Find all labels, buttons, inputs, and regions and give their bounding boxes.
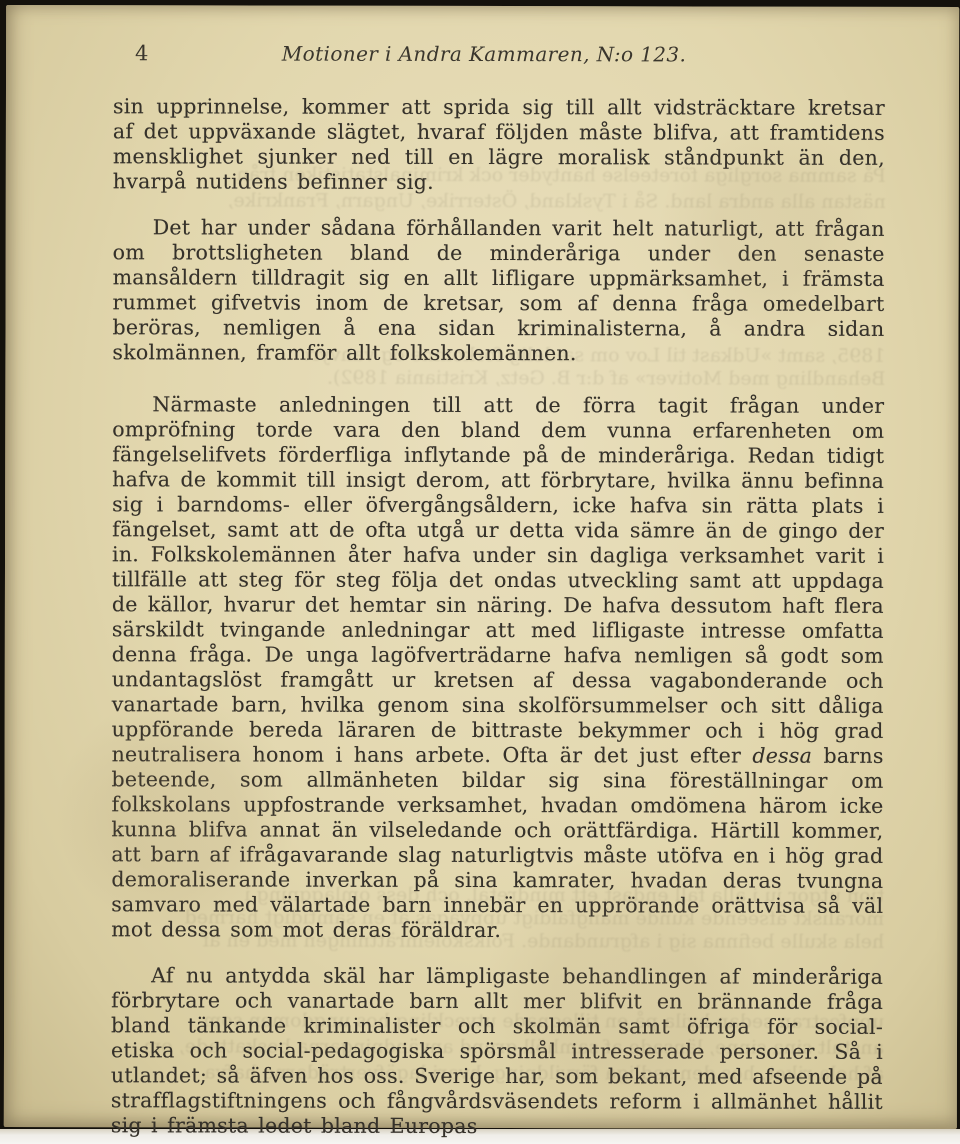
body-copy: sin upprinnelse, kommer att sprida sig t… bbox=[111, 94, 885, 1140]
scanned-page: På samma sorgliga företeelse häntyder oc… bbox=[0, 0, 960, 1144]
paragraph-af-nu-antydda: Af nu antydda skäl har lämpligaste behan… bbox=[111, 963, 883, 1140]
running-header-row: 4 Motioner i Andra Kammaren, N:o 123. bbox=[113, 41, 885, 69]
paragraph-segment: barns beteende, som allmänheten bildar s… bbox=[111, 744, 883, 942]
text-block: 4 Motioner i Andra Kammaren, N:o 123. si… bbox=[111, 5, 885, 1140]
paragraph-segment: Närmaste anledningen till att de förra t… bbox=[112, 392, 885, 767]
paragraph-continuation: sin upprinnelse, kommer att sprida sig t… bbox=[113, 94, 885, 196]
running-header-title: Motioner i Andra Kammaren, N:o 123. bbox=[113, 41, 855, 67]
italic-word-dessa: dessa bbox=[752, 744, 812, 768]
paragraph-narmaste-anledningen: Närmaste anledningen till att de förra t… bbox=[111, 392, 884, 944]
paragraph-det-har-under: Det har under sådana förhållanden varit … bbox=[112, 215, 884, 367]
paper-sheet: På samma sorgliga företeelse häntyder oc… bbox=[4, 5, 959, 1129]
